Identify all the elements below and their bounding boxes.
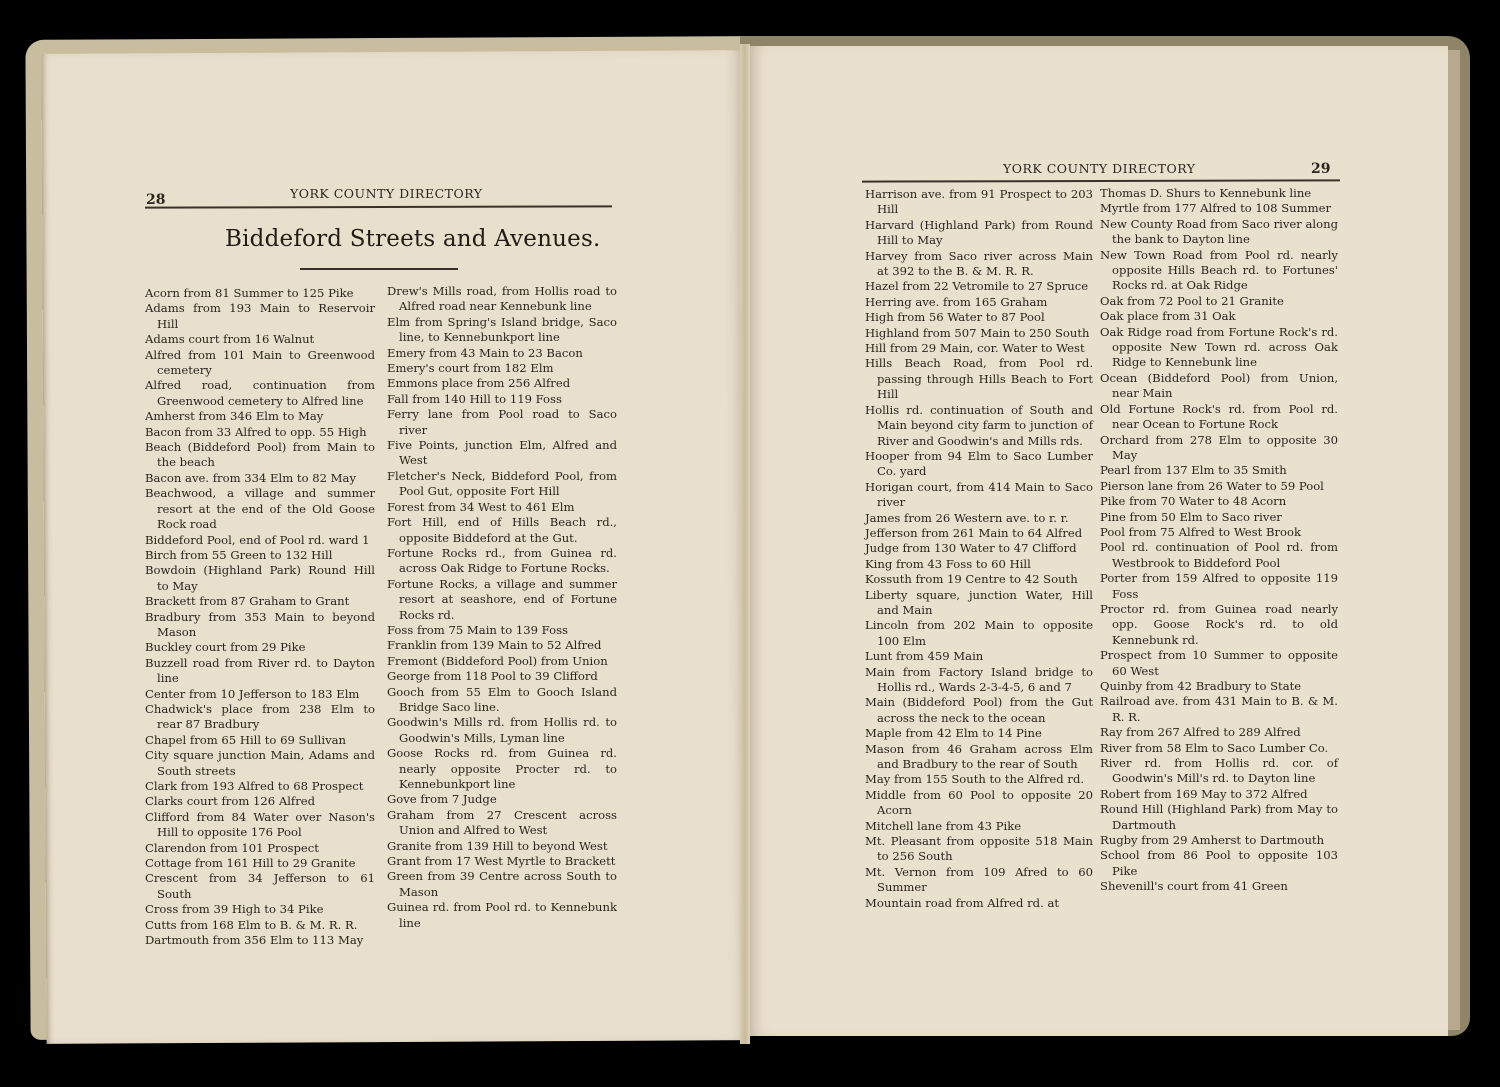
street-entry: Oak Ridge road from Fortune Rock's rd. o… bbox=[1100, 325, 1338, 371]
right-column-1: Harrison ave. from 91 Prospect to 203 Hi… bbox=[865, 187, 1093, 911]
page-title: Biddeford Streets and Avenues. bbox=[225, 226, 600, 252]
street-entry: Emmons place from 256 Alfred bbox=[387, 376, 617, 391]
street-entry: Franklin from 139 Main to 52 Alfred bbox=[387, 638, 617, 653]
street-entry: Crescent from 34 Jefferson to 61 South bbox=[145, 871, 375, 902]
street-entry: Chapel from 65 Hill to 69 Sullivan bbox=[145, 733, 375, 748]
street-entry: Drew's Mills road, from Hollis road to A… bbox=[387, 284, 617, 315]
street-entry: Main (Biddeford Pool) from the Gut acros… bbox=[865, 695, 1093, 726]
street-entry: Bacon ave. from 334 Elm to 82 May bbox=[145, 471, 375, 486]
street-entry: Cottage from 161 Hill to 29 Granite bbox=[145, 856, 375, 871]
right-page bbox=[748, 46, 1448, 1036]
street-entry: May from 155 South to the Alfred rd. bbox=[865, 772, 1093, 787]
right-column-2: Thomas D. Shurs to Kennebunk lineMyrtle … bbox=[1100, 186, 1338, 895]
page-number-right: 29 bbox=[1311, 161, 1330, 177]
street-entry: Hill from 29 Main, cor. Water to West bbox=[865, 341, 1093, 356]
street-entry: Gove from 7 Judge bbox=[387, 792, 617, 807]
street-entry: Maple from 42 Elm to 14 Pine bbox=[865, 726, 1093, 741]
street-entry: Round Hill (Highland Park) from May to D… bbox=[1100, 802, 1338, 833]
street-entry: Orchard from 278 Elm to opposite 30 May bbox=[1100, 433, 1338, 464]
street-entry: River from 58 Elm to Saco Lumber Co. bbox=[1100, 741, 1338, 756]
street-entry: Gooch from 55 Elm to Gooch Island Bridge… bbox=[387, 685, 617, 716]
street-entry: Center from 10 Jefferson to 183 Elm bbox=[145, 687, 375, 702]
street-entry: Oak from 72 Pool to 21 Granite bbox=[1100, 294, 1338, 309]
street-entry: Bowdoin (Highland Park) Round Hill to Ma… bbox=[145, 563, 375, 594]
street-entry: Lincoln from 202 Main to opposite 100 El… bbox=[865, 618, 1093, 649]
street-entry: Mountain road from Alfred rd. at bbox=[865, 896, 1093, 911]
street-entry: Thomas D. Shurs to Kennebunk line bbox=[1100, 186, 1338, 201]
street-entry: Beachwood, a village and summer resort a… bbox=[145, 486, 375, 532]
street-entry: Biddeford Pool, end of Pool rd. ward 1 bbox=[145, 533, 375, 548]
street-entry: Beach (Biddeford Pool) from Main to the … bbox=[145, 440, 375, 471]
street-entry: Quinby from 42 Bradbury to State bbox=[1100, 679, 1338, 694]
street-entry: Amherst from 346 Elm to May bbox=[145, 409, 375, 424]
street-entry: Pool rd. continuation of Pool rd. from W… bbox=[1100, 540, 1338, 571]
street-entry: Pool from 75 Alfred to West Brook bbox=[1100, 525, 1338, 540]
book-spread: 28 YORK COUNTY DIRECTORY Biddeford Stree… bbox=[0, 0, 1500, 1087]
street-entry: Harvey from Saco river across Main at 39… bbox=[865, 249, 1093, 280]
street-entry: George from 118 Pool to 39 Clifford bbox=[387, 669, 617, 684]
street-entry: Granite from 139 Hill to beyond West bbox=[387, 839, 617, 854]
running-head-left: YORK COUNTY DIRECTORY bbox=[290, 186, 483, 201]
running-head-right: YORK COUNTY DIRECTORY bbox=[1003, 161, 1196, 176]
street-entry: Shevenill's court from 41 Green bbox=[1100, 879, 1338, 894]
street-entry: Cross from 39 High to 34 Pike bbox=[145, 902, 375, 917]
street-entry: Ferry lane from Pool road to Saco river bbox=[387, 407, 617, 438]
street-entry: Fletcher's Neck, Biddeford Pool, from Po… bbox=[387, 469, 617, 500]
street-entry: Elm from Spring's Island bridge, Saco li… bbox=[387, 315, 617, 346]
street-entry: Railroad ave. from 431 Main to B. & M. R… bbox=[1100, 694, 1338, 725]
street-entry: Middle from 60 Pool to opposite 20 Acorn bbox=[865, 788, 1093, 819]
street-entry: Kossuth from 19 Centre to 42 South bbox=[865, 572, 1093, 587]
street-entry: Clarendon from 101 Prospect bbox=[145, 841, 375, 856]
street-entry: Brackett from 87 Graham to Grant bbox=[145, 594, 375, 609]
street-entry: Buckley court from 29 Pike bbox=[145, 640, 375, 655]
street-entry: Herring ave. from 165 Graham bbox=[865, 295, 1093, 310]
street-entry: Goose Rocks rd. from Guinea rd. nearly o… bbox=[387, 746, 617, 792]
street-entry: Graham from 27 Crescent across Union and… bbox=[387, 808, 617, 839]
street-entry: Pierson lane from 26 Water to 59 Pool bbox=[1100, 479, 1338, 494]
street-entry: Horigan court, from 414 Main to Saco riv… bbox=[865, 480, 1093, 511]
street-entry: Clifford from 84 Water over Nason's Hill… bbox=[145, 810, 375, 841]
street-entry: High from 56 Water to 87 Pool bbox=[865, 310, 1093, 325]
street-entry: New County Road from Saco river along th… bbox=[1100, 217, 1338, 248]
street-entry: School from 86 Pool to opposite 103 Pike bbox=[1100, 848, 1338, 879]
street-entry: Lunt from 459 Main bbox=[865, 649, 1093, 664]
street-entry: Buzzell road from River rd. to Dayton li… bbox=[145, 656, 375, 687]
street-entry: New Town Road from Pool rd. nearly oppos… bbox=[1100, 248, 1338, 294]
street-entry: Old Fortune Rock's rd. from Pool rd. nea… bbox=[1100, 402, 1338, 433]
street-entry: Hills Beach Road, from Pool rd. passing … bbox=[865, 356, 1093, 402]
street-entry: Dartmouth from 356 Elm to 113 May bbox=[145, 933, 375, 948]
street-entry: Mt. Vernon from 109 Afred to 60 Summer bbox=[865, 865, 1093, 896]
street-entry: Pine from 50 Elm to Saco river bbox=[1100, 510, 1338, 525]
street-entry: Pearl from 137 Elm to 35 Smith bbox=[1100, 463, 1338, 478]
street-entry: Fortune Rocks rd., from Guinea rd. acros… bbox=[387, 546, 617, 577]
street-entry: Liberty square, junction Water, Hill and… bbox=[865, 588, 1093, 619]
street-entry: Pike from 70 Water to 48 Acorn bbox=[1100, 494, 1338, 509]
street-entry: Chadwick's place from 238 Elm to rear 87… bbox=[145, 702, 375, 733]
street-entry: Porter from 159 Alfred to opposite 119 F… bbox=[1100, 571, 1338, 602]
street-entry: Acorn from 81 Summer to 125 Pike bbox=[145, 286, 375, 301]
left-column-2: Drew's Mills road, from Hollis road to A… bbox=[387, 284, 617, 931]
street-entry: Judge from 130 Water to 47 Clifford bbox=[865, 541, 1093, 556]
street-entry: City square junction Main, Adams and Sou… bbox=[145, 748, 375, 779]
right-page-stack bbox=[1448, 50, 1460, 1030]
street-entry: Fall from 140 Hill to 119 Foss bbox=[387, 392, 617, 407]
street-entry: Fort Hill, end of Hills Beach rd., oppos… bbox=[387, 515, 617, 546]
street-entry: Mason from 46 Graham across Elm and Brad… bbox=[865, 742, 1093, 773]
street-entry: Goodwin's Mills rd. from Hollis rd. to G… bbox=[387, 715, 617, 746]
street-entry: James from 26 Western ave. to r. r. bbox=[865, 511, 1093, 526]
street-entry: King from 43 Foss to 60 Hill bbox=[865, 557, 1093, 572]
street-entry: Fremont (Biddeford Pool) from Union bbox=[387, 654, 617, 669]
street-entry: Fortune Rocks, a village and summer reso… bbox=[387, 577, 617, 623]
street-entry: Highland from 507 Main to 250 South bbox=[865, 326, 1093, 341]
street-entry: Harrison ave. from 91 Prospect to 203 Hi… bbox=[865, 187, 1093, 218]
street-entry: Oak place from 31 Oak bbox=[1100, 309, 1338, 324]
street-entry: Alfred from 101 Main to Greenwood cemete… bbox=[145, 348, 375, 379]
street-entry: Proctor rd. from Guinea road nearly opp.… bbox=[1100, 602, 1338, 648]
street-entry: Adams court from 16 Walnut bbox=[145, 332, 375, 347]
street-entry: Clarks court from 126 Alfred bbox=[145, 794, 375, 809]
street-entry: Main from Factory Island bridge to Holli… bbox=[865, 665, 1093, 696]
street-entry: Emery's court from 182 Elm bbox=[387, 361, 617, 376]
street-entry: Emery from 43 Main to 23 Bacon bbox=[387, 346, 617, 361]
street-entry: Hooper from 94 Elm to Saco Lumber Co. ya… bbox=[865, 449, 1093, 480]
book-gutter bbox=[740, 44, 750, 1044]
street-entry: Jefferson from 261 Main to 64 Alfred bbox=[865, 526, 1093, 541]
street-entry: Birch from 55 Green to 132 Hill bbox=[145, 548, 375, 563]
title-rule bbox=[300, 268, 458, 270]
street-entry: Clark from 193 Alfred to 68 Prospect bbox=[145, 779, 375, 794]
street-entry: Bacon from 33 Alfred to opp. 55 High bbox=[145, 425, 375, 440]
street-entry: Green from 39 Centre across South to Mas… bbox=[387, 869, 617, 900]
street-entry: Guinea rd. from Pool rd. to Kennebunk li… bbox=[387, 900, 617, 931]
street-entry: Cutts from 168 Elm to B. & M. R. R. bbox=[145, 918, 375, 933]
street-entry: Ray from 267 Alfred to 289 Alfred bbox=[1100, 725, 1338, 740]
street-entry: Five Points, junction Elm, Alfred and We… bbox=[387, 438, 617, 469]
left-column-1: Acorn from 81 Summer to 125 PikeAdams fr… bbox=[145, 286, 375, 948]
street-entry: Grant from 17 West Myrtle to Brackett bbox=[387, 854, 617, 869]
street-entry: Robert from 169 May to 372 Alfred bbox=[1100, 787, 1338, 802]
street-entry: Bradbury from 353 Main to beyond Mason bbox=[145, 610, 375, 641]
street-entry: Foss from 75 Main to 139 Foss bbox=[387, 623, 617, 638]
street-entry: Mt. Pleasant from opposite 518 Main to 2… bbox=[865, 834, 1093, 865]
street-entry: Prospect from 10 Summer to opposite 60 W… bbox=[1100, 648, 1338, 679]
street-entry: Harvard (Highland Park) from Round Hill … bbox=[865, 218, 1093, 249]
street-entry: Adams from 193 Main to Reservoir Hill bbox=[145, 301, 375, 332]
street-entry: Hollis rd. continuation of South and Mai… bbox=[865, 403, 1093, 449]
street-entry: Ocean (Biddeford Pool) from Union, near … bbox=[1100, 371, 1338, 402]
street-entry: River rd. from Hollis rd. cor. of Goodwi… bbox=[1100, 756, 1338, 787]
street-entry: Mitchell lane from 43 Pike bbox=[865, 819, 1093, 834]
street-entry: Alfred road, continuation from Greenwood… bbox=[145, 378, 375, 409]
street-entry: Rugby from 29 Amherst to Dartmouth bbox=[1100, 833, 1338, 848]
street-entry: Forest from 34 West to 461 Elm bbox=[387, 500, 617, 515]
street-entry: Hazel from 22 Vetromile to 27 Spruce bbox=[865, 279, 1093, 294]
street-entry: Myrtle from 177 Alfred to 108 Summer bbox=[1100, 201, 1338, 216]
